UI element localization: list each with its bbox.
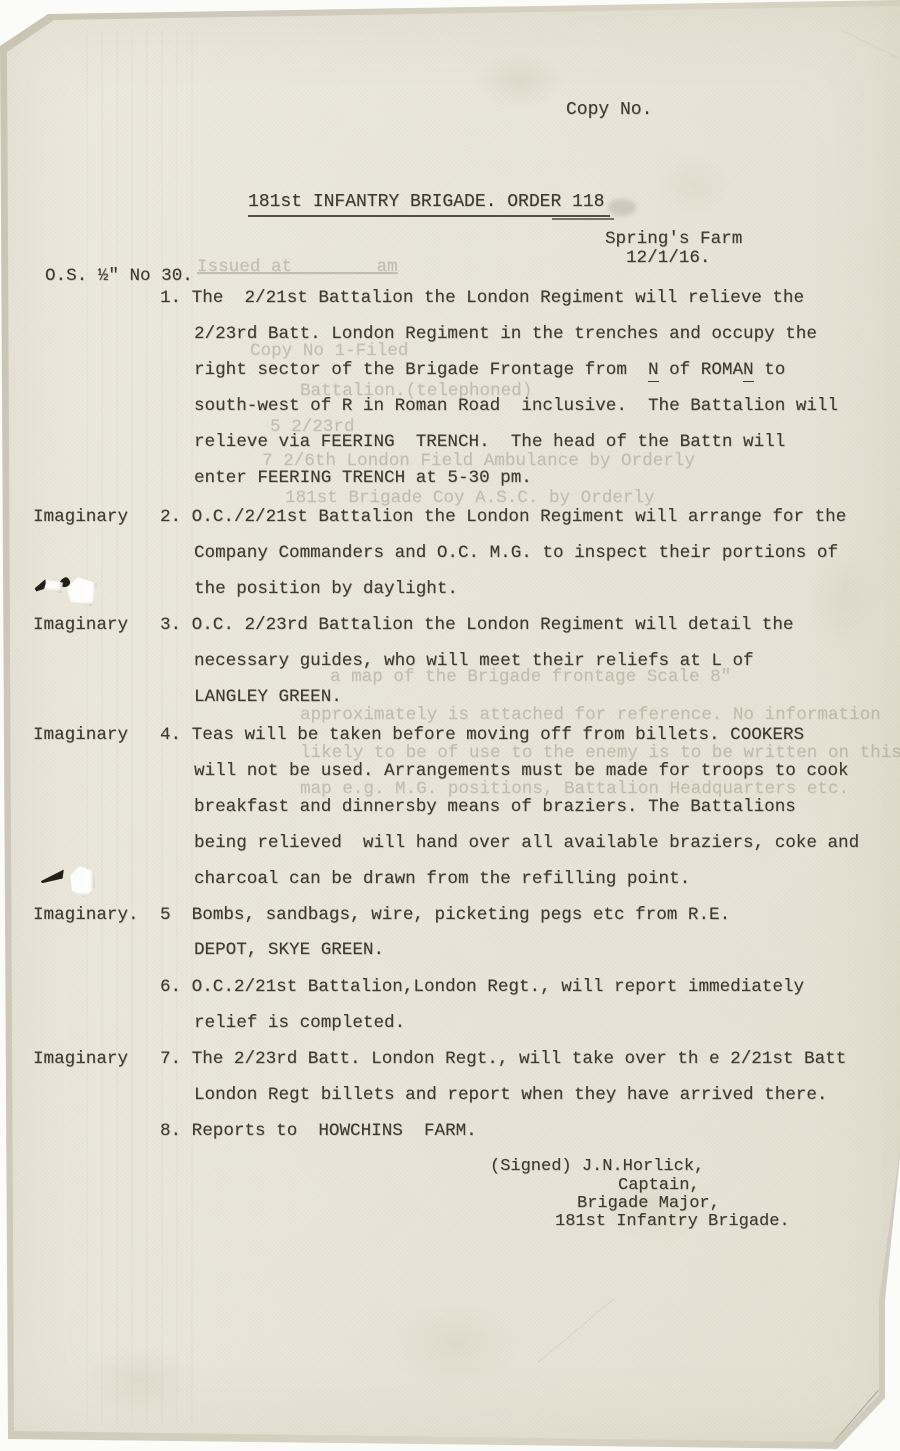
typed-line: right sector of the Brigade Frontage fro…	[194, 361, 785, 380]
dateline-place: Spring's Farm	[605, 229, 742, 249]
signature-line: (Signed) J.N.Horlick,	[490, 1158, 704, 1177]
bleed-through-line: Battalion.(telephoned)	[300, 382, 532, 401]
typed-line: London Regt billets and report when they…	[194, 1086, 827, 1105]
typed-line: 1. The 2/21st Battalion the London Regim…	[160, 289, 804, 308]
margin-annotation: Imaginary	[33, 616, 128, 635]
copy-number-label: Copy No.	[566, 100, 652, 120]
tear-shadow-mark	[39, 869, 65, 883]
margin-annotation: Imaginary	[33, 508, 128, 527]
bleed-through-line: Issued at am	[197, 258, 398, 277]
typed-line: 7. The 2/23rd Batt. London Regt., will t…	[160, 1050, 846, 1069]
typed-line: 3. O.C. 2/23rd Battalion the London Regi…	[160, 616, 793, 635]
typed-line: 2. O.C./2/21st Battalion the London Regi…	[160, 508, 846, 527]
margin-annotation: Imaginary	[33, 726, 128, 745]
bleed-through-line: approximately is attached for reference.…	[300, 706, 881, 725]
bleed-through-line: a map of the Brigade frontage Scale 8"	[330, 668, 731, 687]
signature-line: 181st Infantry Brigade.	[555, 1213, 790, 1232]
paper-crease	[842, 30, 898, 58]
dateline-date: 12/1/16.	[626, 248, 710, 268]
signature-line: Brigade Major,	[577, 1195, 720, 1214]
bleed-through-line: likely to be of use to the enemy is to b…	[300, 744, 900, 763]
typed-line: the position by daylight.	[194, 580, 458, 599]
typed-line: 8. Reports to HOWCHINS FARM.	[160, 1122, 477, 1141]
title-underline-mark	[552, 218, 614, 220]
bleed-through-line: Copy No 1-Filed	[250, 342, 408, 361]
paper-stain	[640, 140, 750, 230]
signature-line: Captain,	[618, 1177, 700, 1196]
typed-line: DEPOT, SKYE GREEN.	[194, 941, 384, 960]
typed-line: breakfast and dinnersby means of brazier…	[194, 798, 796, 817]
paper-sheet: Copy No. 181st INFANTRY BRIGADE. ORDER 1…	[0, 0, 900, 1451]
ink-smudge	[608, 199, 636, 216]
corner-fold-crease	[833, 1390, 879, 1442]
typed-line: relief is completed.	[194, 1014, 405, 1033]
typed-line: being relieved will hand over all availa…	[194, 834, 859, 853]
typed-line: 6. O.C.2/21st Battalion,London Regt., wi…	[160, 978, 804, 997]
bleed-through-line: 7 2/6th London Field Ambulance by Orderl…	[262, 452, 695, 471]
bleed-through-line: map e.g. M.G. positions, Battalion Headq…	[300, 780, 849, 799]
scanned-page: Copy No. 181st INFANTRY BRIGADE. ORDER 1…	[0, 0, 900, 1451]
typed-line: charcoal can be drawn from the refilling…	[194, 870, 690, 889]
paper-stain	[360, 1280, 550, 1410]
margin-annotation: Imaginary	[33, 1050, 128, 1069]
bleed-through-line: 5 2/23rd	[270, 418, 354, 437]
bleed-through-line: 181st Brigade Coy A.S.C. by Orderly	[285, 489, 655, 508]
paper-crease	[538, 1298, 615, 1363]
typed-line: 5 Bombs, sandbags, wire, picketing pegs …	[160, 906, 730, 925]
margin-annotation: Imaginary.	[33, 906, 139, 925]
typed-line: Company Commanders and O.C. M.G. to insp…	[194, 544, 838, 563]
order-title: 181st INFANTRY BRIGADE. ORDER 118	[248, 192, 610, 217]
typed-line: enter FEERING TRENCH at 5-30 pm.	[194, 469, 532, 488]
map-reference: O.S. ½" No 30.	[45, 266, 193, 286]
